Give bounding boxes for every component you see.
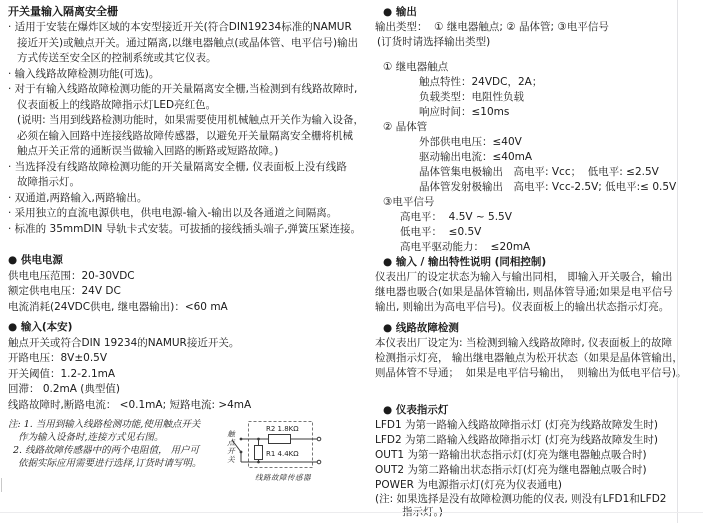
spec-line: ② 晶体管 xyxy=(375,120,677,135)
indicator-line: OUT2 为第二路输出状态指示灯(灯亮为继电器触点吸合时) xyxy=(375,463,677,478)
spec-line: 晶体管发射极输出 高电平: Vcc-2.5V; 低电平:≤ 0.5V xyxy=(375,180,677,195)
spec-line: 响应时间：≤10ms xyxy=(375,105,677,120)
text-line: 本仪表出厂设定为: 当检测到输入线路故障时, 仪表面板上的故障 xyxy=(375,336,677,351)
feature-line: 必须在输入回路中连接线路故障传感器，以避免开关量隔离安全栅将机械 xyxy=(8,129,354,145)
resistor-r1-label: R1 4.4KΩ xyxy=(266,450,299,458)
indicator-line: POWER 为电源指示灯(灯亮为仪表通电) xyxy=(375,478,677,493)
power-section-heading: ● 供电电源 xyxy=(8,253,354,269)
feature-line: 故障指示灯。 xyxy=(8,175,354,191)
spec-line: 开路电压：8V±0.5V xyxy=(8,351,354,367)
text-line: 检测指示灯亮， 输出继电器触点为松开状态（如果是晶体管输出， xyxy=(375,351,677,366)
fault-detection-section: ● 线路故障检测 本仪表出厂设定为: 当检测到输入线路故障时, 仪表面板上的故障… xyxy=(375,321,677,381)
page-title: 开关量输入隔离安全栅 xyxy=(8,4,354,20)
indicator-section: ● 仪表指示灯 LFD1 为第一路输入线路故障指示灯 (灯亮为线路故障发生时)L… xyxy=(375,403,677,518)
resistor-r1 xyxy=(255,446,263,460)
indicator-line: LFD2 为第二路输入线路故障指示灯 (灯亮为线路故障发生时) xyxy=(375,433,677,448)
spec-line: 额定供电电压：24V DC xyxy=(8,284,354,300)
output-section: ● 输出 输出类型： ① 继电器触点; ② 晶体管; ③电平信号(订货时请选择输… xyxy=(375,5,677,50)
sensor-box-label: 线路故障传感器 xyxy=(255,473,312,482)
io-paragraph: 仪表出厂的设定状态为输入与输出同相， 即输入开关吸合，输出继电器也吸合(如果是晶… xyxy=(375,270,677,315)
spec-line: 驱动输出电流：≤40mA xyxy=(375,150,677,165)
spec-line: 晶体管集电极输出 高电平: Vcc； 低电平: ≤2.5V xyxy=(375,165,677,180)
spec-line: 高电平驱动能力： ≤20mA xyxy=(375,240,677,255)
spec-line: 外部供电电压：≤40V xyxy=(375,135,677,150)
spec-line: 电流消耗(24VDC供电, 继电器输出)：<60 mA xyxy=(8,300,354,316)
indicator-line: (注: 如果选择是没有故障检测功能的仪表, 则没有LFD1和LFD2 xyxy=(375,493,677,506)
feature-line: 触点开关正常的通断误当做输入回路的断路或短路故障。) xyxy=(8,144,354,160)
indicator-section-heading: ● 仪表指示灯 xyxy=(375,403,677,418)
input-section-heading: ● 输入(本安) xyxy=(8,320,354,336)
bottom-rule-line xyxy=(0,512,703,513)
indicator-line: LFD1 为第一路输入线路故障指示灯 (灯亮为线路故障发生时) xyxy=(375,418,677,433)
spec-line: ③电平信号 xyxy=(375,195,677,210)
spec-line: ① 继电器触点 xyxy=(375,60,677,75)
note-list: 注: 1. 当用到输入线路检测功能,使用触点开关作为输入设备时,连接方式见右图。… xyxy=(8,418,218,470)
text-line: 输出, 则输出为高电平信号)。仪表面板上的输出状态指示灯亮。 xyxy=(375,300,677,315)
right-column: ● 输出 输出类型： ① 继电器触点; ② 晶体管; ③电平信号(订货时请选择输… xyxy=(375,5,677,518)
indicator-line: OUT1 为第一路输出状态指示灯(灯亮为继电器触点吸合时) xyxy=(375,448,677,463)
spec-line: 高电平： 4.5V ~ 5.5V xyxy=(375,210,677,225)
output-intro-list: 输出类型： ① 继电器触点; ② 晶体管; ③电平信号(订货时请选择输出类型) xyxy=(375,20,677,50)
fault-section-heading: ● 线路故障检测 xyxy=(375,321,677,336)
io-section-heading: ● 输入 / 输出特性说明 (同相控制) xyxy=(375,255,677,270)
datasheet-page: 开关量输入隔离安全栅 · 适用于安装在爆炸区域的本安型接近开关(符合DIN192… xyxy=(0,0,703,523)
feature-line: · 当选择没有线路故障检测功能的开关量隔离安全栅, 仪表面板上没有线路 xyxy=(8,160,354,176)
output-type-list: ① 继电器触点触点特性：24VDC，2A；负载类型：电阻性负载响应时间：≤10m… xyxy=(375,60,677,255)
note-line: 依据实际应用需要进行选择,订货时请写明。 xyxy=(8,457,218,470)
resistor-r2 xyxy=(269,435,291,444)
feature-line: 方式传送至安全区的控制系统或其它仪表。 xyxy=(8,51,354,67)
resistor-r2-label: R2 1.8KΩ xyxy=(266,425,299,433)
feature-line: · 输入线路故障检测功能(可选)。 xyxy=(8,67,354,83)
left-column: 开关量输入隔离安全栅 · 适用于安装在爆炸区域的本安型接近开关(符合DIN192… xyxy=(8,4,354,470)
switch-contact-top xyxy=(240,438,243,441)
input-spec-list: 触点开关或符合DIN 19234的NAMUR接近开关。开路电压：8V±0.5V开… xyxy=(8,336,354,414)
text-line: 继电器也吸合(如果是晶体管输出, 则晶体管导通;如果是电平信号 xyxy=(375,285,677,300)
column-divider-line xyxy=(677,0,678,523)
power-section: ● 供电电源 供电电压范围：20-30VDC额定供电电压：24V DC电流消耗(… xyxy=(8,253,354,315)
spec-line: 触点特性：24VDC，2A； xyxy=(375,75,677,90)
spec-line: 负载类型：电阻性负载 xyxy=(375,90,677,105)
line-fault-sensor-diagram: R2 1.8KΩ R1 4.4KΩ 线路故障传感器 触点开关 xyxy=(222,418,348,510)
spec-line: 输出类型： ① 继电器触点; ② 晶体管; ③电平信号 xyxy=(375,20,677,35)
spec-line: 低电平： ≤0.5V xyxy=(375,225,677,240)
input-section: ● 输入(本安) 触点开关或符合DIN 19234的NAMUR接近开关。开路电压… xyxy=(8,320,354,413)
note-line: 2. 线路故障传感器中的两个电阻值， 用户可 xyxy=(8,444,218,457)
note-line: 作为输入设备时,连接方式见右图。 xyxy=(8,431,218,444)
spec-line: 触点开关或符合DIN 19234的NAMUR接近开关。 xyxy=(8,336,354,352)
feature-line: · 采用独立的直流电源供电，供电电源-输入-输出以及各通道之间隔离。 xyxy=(8,206,354,222)
spec-line: 回滞： 0.2mA (典型值) xyxy=(8,382,354,398)
spec-line: (订货时请选择输出类型) xyxy=(375,35,677,50)
circuit-svg: R2 1.8KΩ R1 4.4KΩ 线路故障传感器 xyxy=(222,418,348,510)
power-spec-list: 供电电压范围：20-30VDC额定供电电压：24V DC电流消耗(24VDC供电… xyxy=(8,269,354,316)
feature-line: (说明: 当用到线路检测功能时，如果需要使用机械触点开关作为输入设备， xyxy=(8,113,354,129)
text-line: 仪表出厂的设定状态为输入与输出同相， 即输入开关吸合，输出 xyxy=(375,270,677,285)
feature-line: 仪表面板上的线路故障指示灯LED亮红色。 xyxy=(8,98,354,114)
feature-list: · 适用于安装在爆炸区域的本安型接近开关(符合DIN19234标准的NAMUR接… xyxy=(8,20,354,237)
spec-line: 供电电压范围：20-30VDC xyxy=(8,269,354,285)
terminal-top xyxy=(317,437,321,441)
feature-line: · 对于有输入线路故障检测功能的开关量隔离安全栅,当检测到有线路故障时, xyxy=(8,82,354,98)
contact-switch-label: 触点开关 xyxy=(223,430,239,464)
terminal-bottom xyxy=(317,460,321,464)
note-line: 注: 1. 当用到输入线路检测功能,使用触点开关 xyxy=(8,418,218,431)
feature-line: · 适用于安装在爆炸区域的本安型接近开关(符合DIN19234标准的NAMUR xyxy=(8,20,354,36)
spec-line: 开关阈值：1.2-2.1mA xyxy=(8,367,354,383)
spec-line: 线路故障时,断路电流： <0.1mA; 短路电流: >4mA xyxy=(8,398,354,414)
output-section-heading: ● 输出 xyxy=(375,5,677,20)
text-line: 则晶体管不导通； 如果是电平信号输出， 则输出为低电平信号)。 xyxy=(375,366,677,381)
left-edge-mark xyxy=(1,478,2,492)
feature-line: · 标准的 35mmDIN 导轨卡式安装。可拔插的接线插头端子,弹簧压紧连接。 xyxy=(8,222,354,238)
feature-line: 接近开关)或触点开关。通过隔离,以继电器触点(或晶体管、电平信号)输出 xyxy=(8,36,354,52)
fault-paragraph: 本仪表出厂设定为: 当检测到输入线路故障时, 仪表面板上的故障检测指示灯亮， 输… xyxy=(375,336,677,381)
io-characteristics-section: ● 输入 / 输出特性说明 (同相控制) 仪表出厂的设定状态为输入与输出同相， … xyxy=(375,255,677,315)
feature-line: · 双通道,两路输入,两路输出。 xyxy=(8,191,354,207)
indicator-list: LFD1 为第一路输入线路故障指示灯 (灯亮为线路故障发生时)LFD2 为第二路… xyxy=(375,418,677,518)
